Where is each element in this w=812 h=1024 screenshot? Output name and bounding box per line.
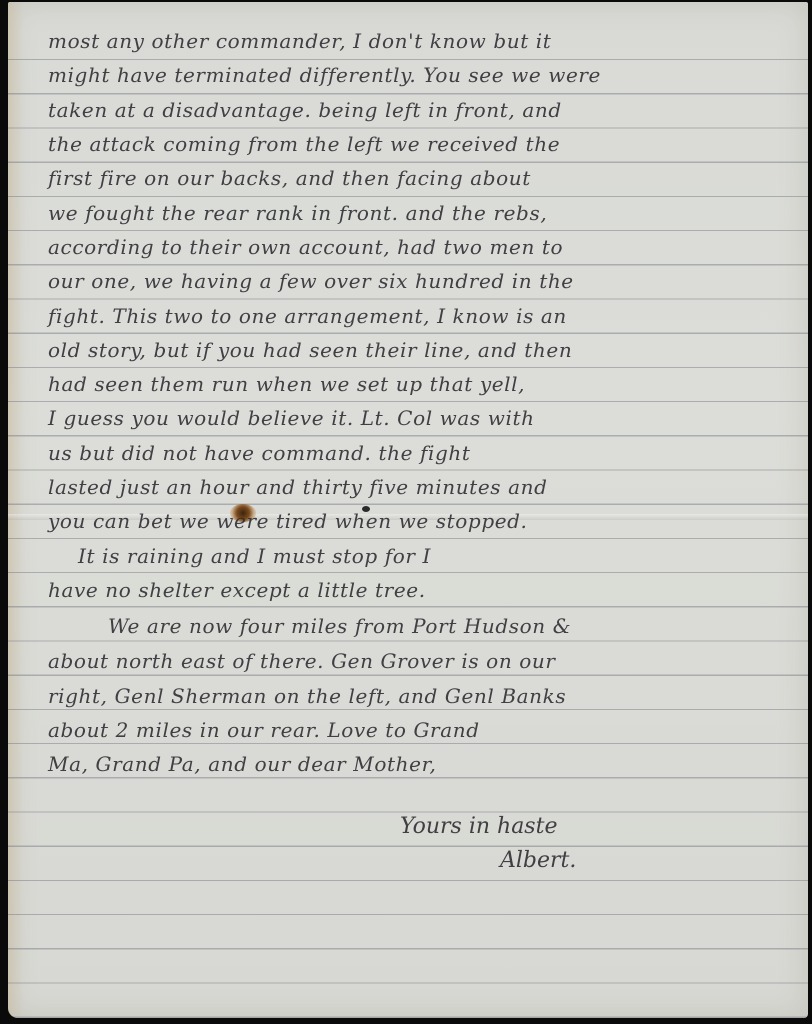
signature: Albert. — [500, 848, 576, 873]
letter-line: might have terminated differently. You s… — [48, 63, 601, 87]
letter-line: most any other commander, I don't know b… — [48, 29, 551, 53]
letter-line: I guess you would believe it. Lt. Col wa… — [48, 406, 535, 430]
letter-line: you can bet we were tired when we stoppe… — [48, 509, 528, 533]
letter-line: had seen them run when we set up that ye… — [48, 372, 525, 396]
letter-line: us but did not have command. the fight — [48, 441, 470, 465]
letter-line: about north east of there. Gen Grover is… — [48, 649, 556, 673]
letter-line: fight. This two to one arrangement, I kn… — [48, 304, 567, 328]
letter-line: taken at a disadvantage. being left in f… — [48, 98, 562, 122]
letter-line: right, Genl Sherman on the left, and Gen… — [48, 684, 566, 708]
letter-page: most any other commander, I don't know b… — [8, 2, 808, 1018]
letter-line: first fire on our backs, and then facing… — [48, 166, 531, 190]
letter-line: lasted just an hour and thirty five minu… — [48, 475, 548, 499]
letter-line: It is raining and I must stop for I — [78, 544, 431, 568]
letter-line: about 2 miles in our rear. Love to Grand — [48, 718, 480, 742]
letter-line: Ma, Grand Pa, and our dear Mother, — [48, 752, 437, 776]
letter-line: We are now four miles from Port Hudson & — [108, 614, 571, 638]
letter-line: our one, we having a few over six hundre… — [48, 269, 574, 293]
letter-line: old story, but if you had seen their lin… — [48, 338, 572, 362]
letter-line: according to their own account, had two … — [48, 235, 563, 259]
letter-line: we fought the rear rank in front. and th… — [48, 201, 547, 225]
letter-line: have no shelter except a little tree. — [48, 578, 426, 602]
letter-line: the attack coming from the left we recei… — [48, 132, 560, 156]
closing: Yours in haste — [400, 814, 557, 839]
